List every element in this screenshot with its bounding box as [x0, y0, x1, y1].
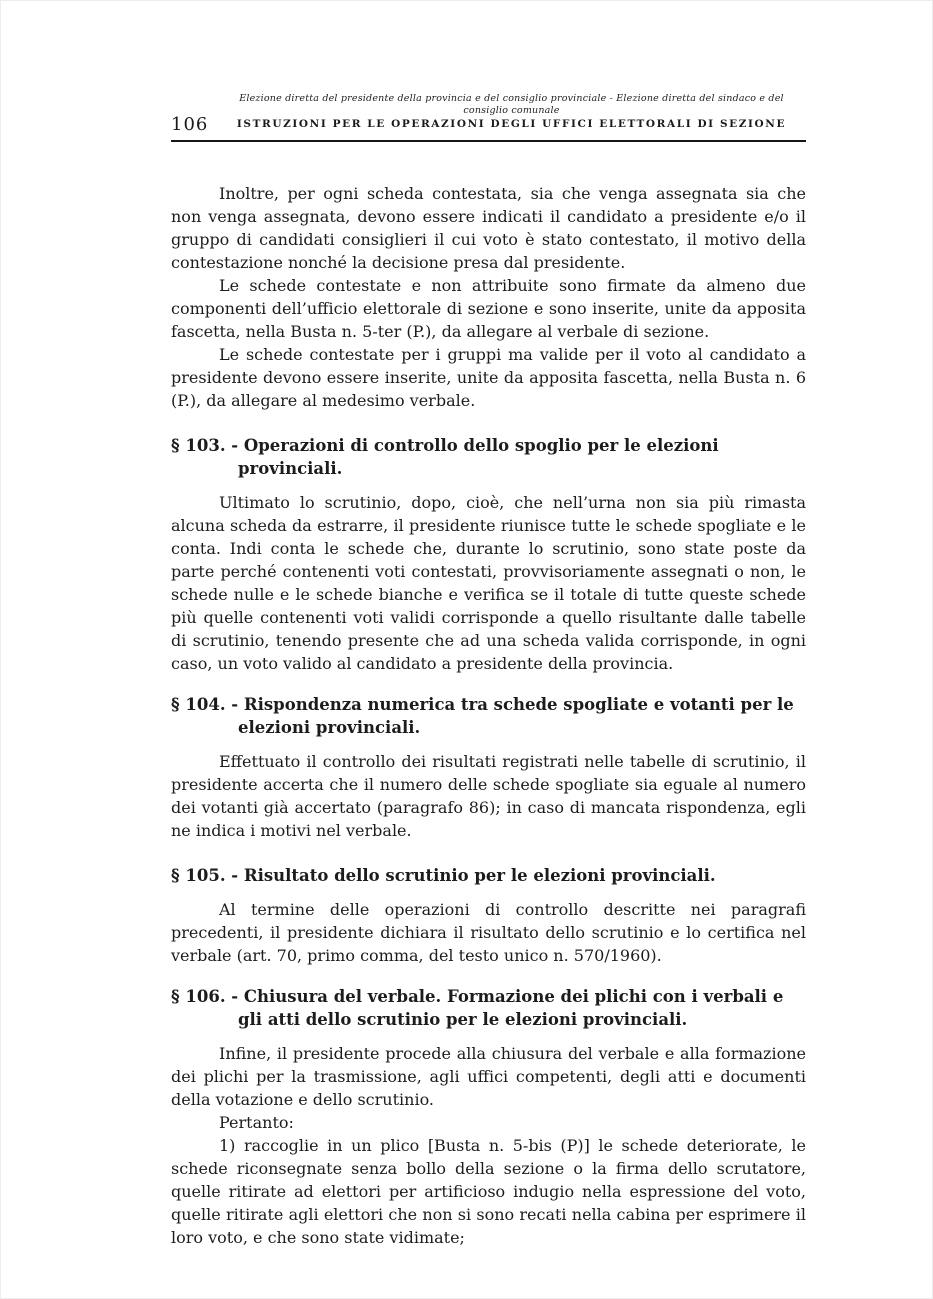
section-103-paragraph-1: Ultimato lo scrutinio, dopo, cioè, che n…	[171, 491, 806, 675]
section-106-paragraph-2: Pertanto:	[171, 1111, 806, 1134]
section-106-paragraph-1: Infine, il presidente procede alla chius…	[171, 1042, 806, 1111]
page-header: 106 Elezione diretta del presidente dell…	[171, 93, 806, 142]
document-page: 106 Elezione diretta del presidente dell…	[0, 0, 933, 1299]
intro-paragraph-3: Le schede contestate per i gruppi ma val…	[171, 343, 806, 412]
section-105-paragraph-1: Al termine delle operazioni di controllo…	[171, 898, 806, 967]
section-106-list-item-1: 1) raccoglie in un plico [Busta n. 5-bis…	[171, 1134, 806, 1249]
document-body: Inoltre, per ogni scheda contestata, sia…	[171, 182, 806, 1249]
section-heading-103: § 103. - Operazioni di controllo dello s…	[171, 434, 806, 480]
intro-paragraph-2: Le schede contestate e non attribuite so…	[171, 274, 806, 343]
intro-paragraph-1: Inoltre, per ogni scheda contestata, sia…	[171, 182, 806, 274]
header-rule	[171, 140, 806, 142]
running-title: Elezione diretta del presidente della pr…	[171, 93, 806, 117]
section-heading-106: § 106. - Chiusura del verbale. Formazion…	[171, 985, 806, 1031]
page-number: 106	[171, 116, 208, 134]
section-heading-105: § 105. - Risultato dello scrutinio per l…	[171, 864, 806, 887]
section-heading-104: § 104. - Rispondenza numerica tra schede…	[171, 693, 806, 739]
section-104-paragraph-1: Effettuato il controllo dei risultati re…	[171, 750, 806, 842]
running-subtitle: ISTRUZIONI PER LE OPERAZIONI DEGLI UFFIC…	[171, 117, 806, 132]
